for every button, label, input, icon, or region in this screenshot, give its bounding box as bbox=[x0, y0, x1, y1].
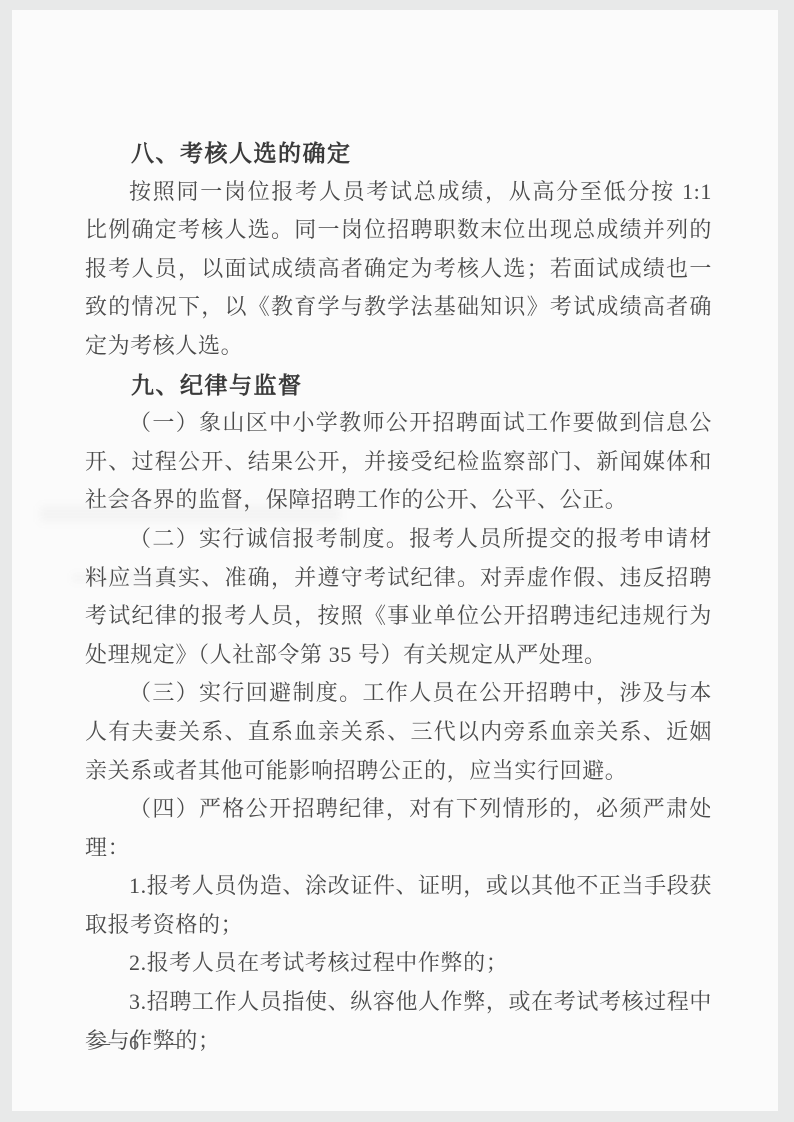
document-body: 八、考核人选的确定按照同一岗位报考人员考试总成绩，从高分至低分按 1:1 比例确… bbox=[85, 134, 712, 1060]
section-heading: 九、纪律与监督 bbox=[85, 366, 712, 405]
scan-canvas: 八、考核人选的确定按照同一岗位报考人员考试总成绩，从高分至低分按 1:1 比例确… bbox=[0, 0, 794, 1122]
paragraph: 按照同一岗位报考人员考试总成绩，从高分至低分按 1:1 比例确定考核人选。同一岗… bbox=[85, 173, 712, 366]
paragraph: （一）象山区中小学教师公开招聘面试工作要做到信息公开、过程公开、结果公开，并接受… bbox=[85, 404, 712, 520]
page-number: — 6 — bbox=[90, 1032, 180, 1055]
document-page: 八、考核人选的确定按照同一岗位报考人员考试总成绩，从高分至低分按 1:1 比例确… bbox=[12, 10, 778, 1111]
paragraph: 2.报考人员在考试考核过程中作弊的； bbox=[85, 944, 712, 983]
section-heading: 八、考核人选的确定 bbox=[85, 134, 712, 173]
paragraph: （三）实行回避制度。工作人员在公开招聘中，涉及与本人有夫妻关系、直系血亲关系、三… bbox=[85, 674, 712, 790]
paragraph: （四）严格公开招聘纪律，对有下列情形的，必须严肃处理： bbox=[85, 790, 712, 867]
paragraph: 1.报考人员伪造、涂改证件、证明，或以其他不正当手段获取报考资格的； bbox=[85, 867, 712, 944]
paragraph: （二）实行诚信报考制度。报考人员所提交的报考申请材料应当真实、准确，并遵守考试纪… bbox=[85, 520, 712, 674]
